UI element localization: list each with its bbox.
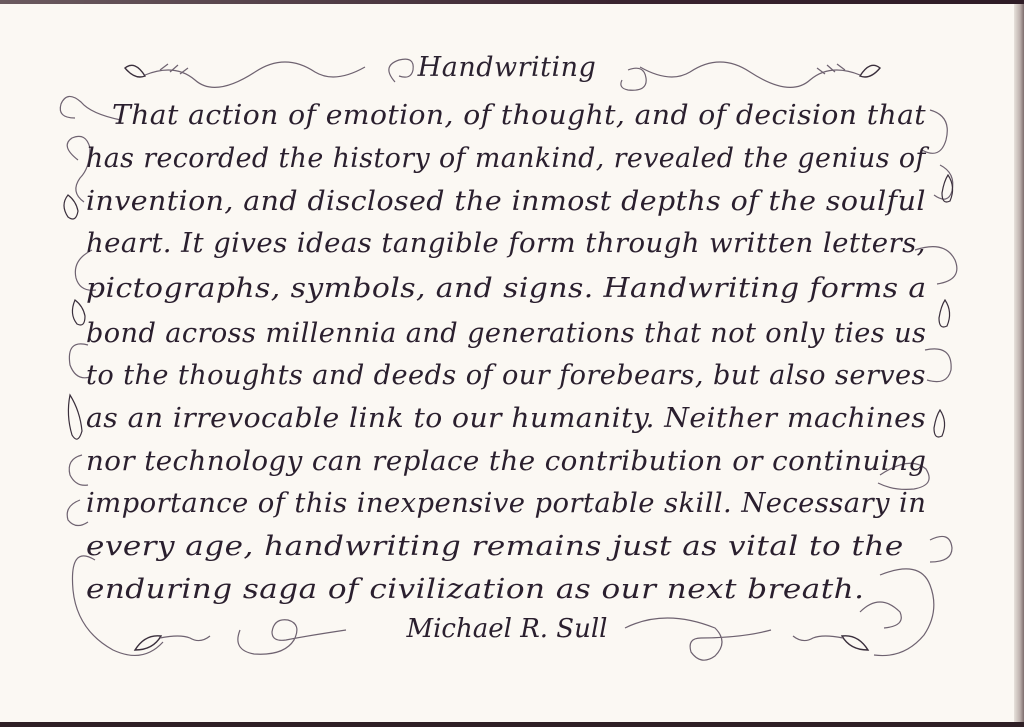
body-line-4: heart. It gives ideas tangible form thro… — [86, 228, 926, 259]
body-line-8: as an irrevocable link to our humanity. … — [86, 403, 926, 434]
document-title: Handwriting — [0, 52, 1014, 83]
author-signature: Michael R. Sull — [0, 614, 1014, 644]
background-edge-right — [1014, 4, 1024, 722]
body-line-2: has recorded the history of mankind, rev… — [86, 143, 926, 174]
background-edge-bottom — [0, 722, 1024, 727]
body-line-12: enduring saga of civilization as our nex… — [86, 574, 864, 605]
body-line-11: every age, handwriting remains just as v… — [86, 531, 904, 562]
body-line-10: importance of this inexpensive portable … — [86, 488, 926, 519]
body-line-1: That action of emotion, of thought, and … — [112, 100, 926, 131]
body-line-3: invention, and disclosed the inmost dept… — [86, 186, 926, 217]
body-line-6: bond across millennia and generations th… — [86, 318, 926, 349]
body-line-7: to the thoughts and deeds of our forebea… — [86, 360, 926, 391]
body-line-9: nor technology can replace the contribut… — [86, 446, 926, 477]
body-line-5: pictographs, symbols, and signs. Handwri… — [86, 273, 927, 304]
